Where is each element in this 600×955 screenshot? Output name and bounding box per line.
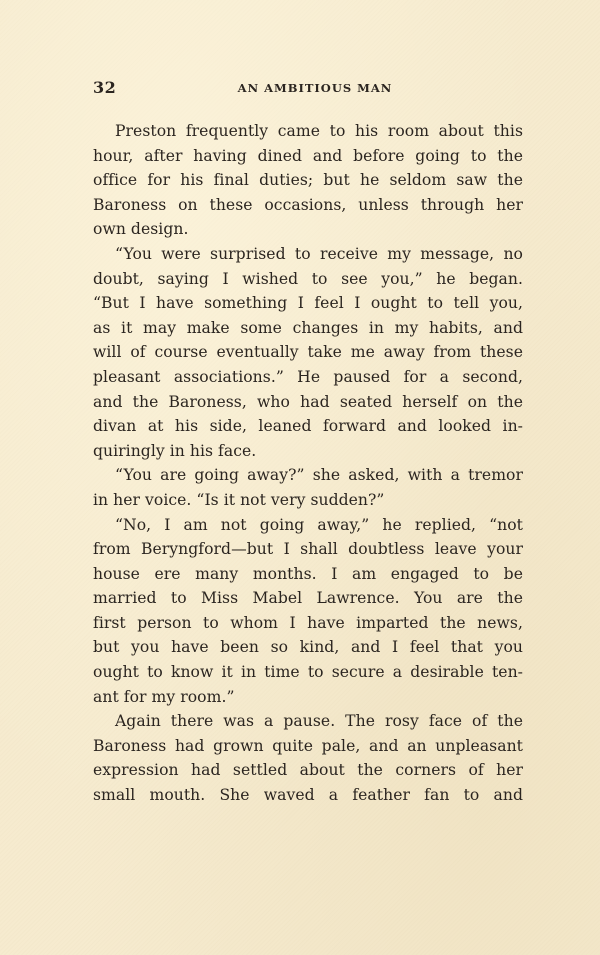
book-page: 32 AN AMBITIOUS MAN Preston frequently c…: [0, 0, 600, 955]
text-line: ought to know it in time to secure a des…: [93, 660, 523, 685]
text-line: doubt, saying I wished to see you,” he b…: [93, 267, 523, 292]
text-line: “You were surprised to receive my messag…: [93, 242, 523, 267]
text-line: but you have been so kind, and I feel th…: [93, 635, 523, 660]
text-line: from Beryngford—but I shall doubtless le…: [93, 537, 523, 562]
paragraph: “No, I am not going away,” he replied, “…: [93, 513, 523, 710]
text-line: Again there was a pause. The rosy face o…: [93, 709, 523, 734]
paragraph: Again there was a pause. The rosy face o…: [93, 709, 523, 807]
running-title: AN AMBITIOUS MAN: [93, 81, 523, 95]
paragraph: “You were surprised to receive my messag…: [93, 242, 523, 463]
text-line: “But I have something I feel I ought to …: [93, 291, 523, 316]
text-line: quiringly in his face.: [93, 439, 523, 464]
text-line: expression had settled about the corners…: [93, 758, 523, 783]
text-line: divan at his side, leaned forward and lo…: [93, 414, 523, 439]
text-line: married to Miss Mabel Lawrence. You are …: [93, 586, 523, 611]
text-line: “No, I am not going away,” he replied, “…: [93, 513, 523, 538]
text-line: office for his final duties; but he seld…: [93, 168, 523, 193]
text-line: and the Baroness, who had seated herself…: [93, 390, 523, 415]
paragraph: Preston frequently came to his room abou…: [93, 119, 523, 242]
running-head: 32 AN AMBITIOUS MAN: [93, 78, 523, 98]
text-line: hour, after having dined and before goin…: [93, 144, 523, 169]
text-line: small mouth. She waved a feather fan to …: [93, 783, 523, 808]
text-line: Preston frequently came to his room abou…: [93, 119, 523, 144]
text-line: “You are going away?” she asked, with a …: [93, 463, 523, 488]
paragraph: “You are going away?” she asked, with a …: [93, 463, 523, 512]
text-line: house ere many months. I am engaged to b…: [93, 562, 523, 587]
text-line: in her voice. “Is it not very sudden?”: [93, 488, 523, 513]
text-line: as it may make some changes in my habits…: [93, 316, 523, 341]
text-line: ant for my room.”: [93, 685, 523, 710]
body-text: Preston frequently came to his room abou…: [93, 119, 523, 808]
text-line: own design.: [93, 217, 523, 242]
text-line: Baroness had grown quite pale, and an un…: [93, 734, 523, 759]
text-line: pleasant associations.” He paused for a …: [93, 365, 523, 390]
text-line: will of course eventually take me away f…: [93, 340, 523, 365]
text-line: Baroness on these occasions, unless thro…: [93, 193, 523, 218]
text-line: first person to whom I have imparted the…: [93, 611, 523, 636]
